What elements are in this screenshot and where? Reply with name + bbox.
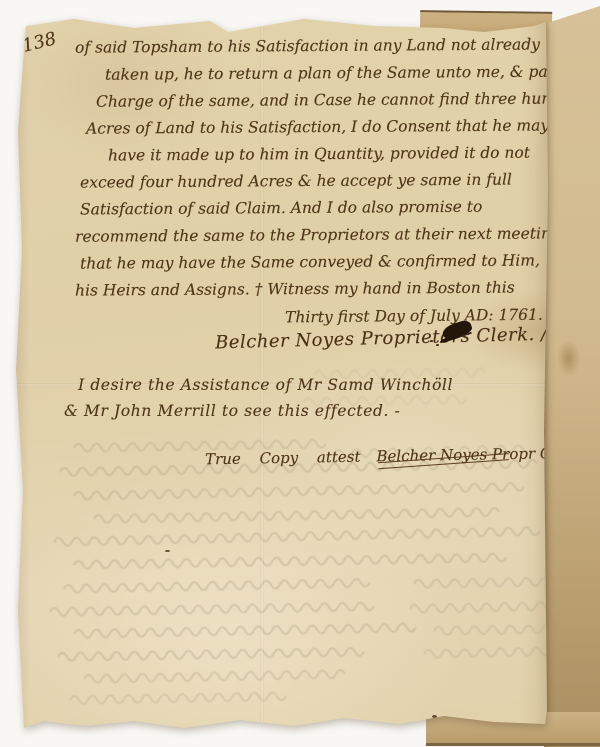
manuscript-line: have it made up to him in Quantity, prov… <box>108 144 530 165</box>
ink-blot-dot <box>430 340 433 342</box>
manuscript-page-wrap: 138 of said Topsham to his Satisfaction … <box>0 0 600 747</box>
manuscript-page: 138 of said Topsham to his Satisfaction … <box>14 10 548 738</box>
manuscript-line: Satisfaction of said Claim. And I do als… <box>80 198 482 219</box>
date-line: Thirty first Day of July AD: 1761. <box>285 306 543 327</box>
manuscript-line: exceed four hundred Acres & he accept ye… <box>80 170 512 191</box>
ink-blot-dot <box>436 344 439 346</box>
manuscript-line: that he may have the Same conveyed & con… <box>80 251 540 272</box>
ink-speck <box>432 715 437 718</box>
attestation-signature: Belcher Noyes Propr Clerk <box>376 444 581 466</box>
manuscript-line: his Heirs and Assigns. † Witness my hand… <box>75 278 515 299</box>
ink-speck <box>165 550 170 552</box>
manuscript-line: of said Topsham to his Satisfaction in a… <box>75 35 540 56</box>
manuscript-line: recommend the same to the Proprietors at… <box>75 224 561 245</box>
manuscript-photo: 138 of said Topsham to his Satisfaction … <box>0 0 600 747</box>
attestation-prefix: True Copy attest <box>205 448 361 469</box>
manuscript-line: taken up, he to return a plan of the Sam… <box>105 62 587 83</box>
manuscript-line: Charge of the same, and in Case he canno… <box>96 89 571 110</box>
manuscript-line: Acres of Land to his Satisfaction, I do … <box>86 116 549 137</box>
postscript-line: & Mr John Merrill to see this effected. … <box>64 402 400 420</box>
postscript-line: I desire the Assistance of Mr Samd Winch… <box>78 376 453 394</box>
